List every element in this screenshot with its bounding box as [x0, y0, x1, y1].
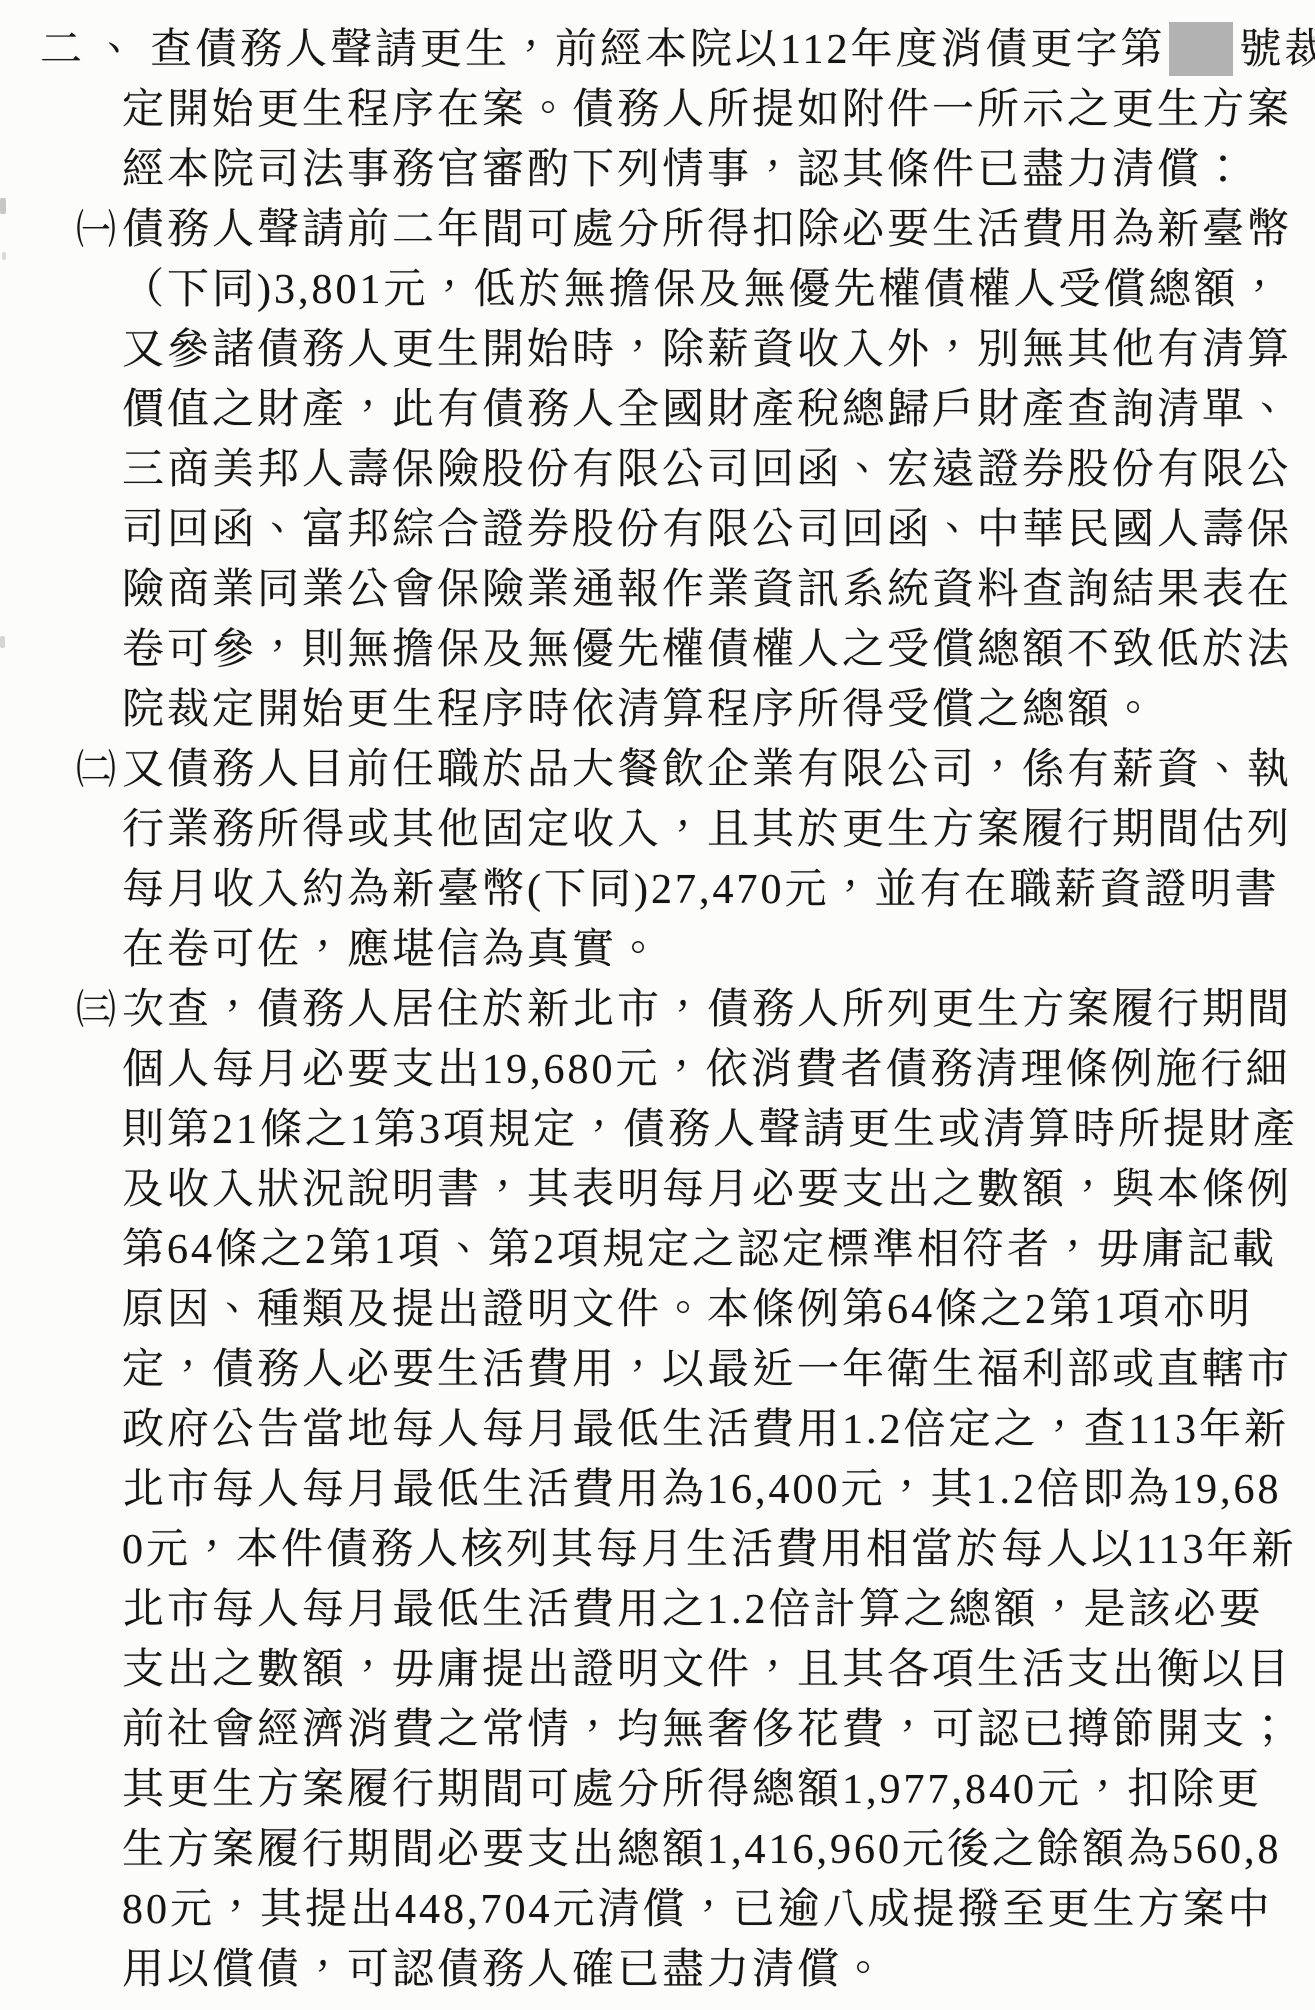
section-number-marker: 二、: [40, 27, 148, 73]
line-text: 支出之數額，毋庸提出證明文件，且其各項生活支出衡以目: [122, 1647, 1292, 1693]
text-line: 前社會經濟消費之常情，均無奢侈花費，可認已撙節開支；: [122, 1700, 1315, 1760]
text-line: 則第21條之1第3項規定，債務人聲請更生或清算時所提財產: [122, 1100, 1315, 1160]
line-text: 三商美邦人壽保險股份有限公司回函、宏遠證券股份有限公: [122, 447, 1292, 493]
line-text: 經本院司法事務官審酌下列情事，認其條件已盡力清償：: [122, 147, 1247, 193]
line-text: 每月收入約為新臺幣(下同)27,470元，並有在職薪資證明書: [122, 867, 1279, 913]
text-line: 價值之財產，此有債務人全國財產稅總歸戶財產查詢清單、: [122, 380, 1315, 440]
line-text: 則第21條之1第3項規定，債務人聲請更生或清算時所提財產: [122, 1107, 1298, 1153]
text-line: 原因、種類及提出證明文件。本條例第64條之2第1項亦明: [122, 1280, 1315, 1340]
line-text: 債務人聲請前二年間可處分所得扣除必要生活費用為新臺幣: [122, 207, 1292, 253]
text-line: ㈠債務人聲請前二年間可處分所得扣除必要生活費用為新臺幣: [122, 200, 1315, 260]
text-line: 0元，本件債務人核列其每月生活費用相當於每人以113年新: [122, 1520, 1315, 1580]
line-text: 北市每人每月最低生活費用為16,400元，其1.2倍即為19,68: [122, 1467, 1282, 1513]
line-text: 價值之財產，此有債務人全國財產稅總歸戶財產查詢清單、: [122, 387, 1292, 433]
sub-item-marker: ㈡: [76, 740, 116, 800]
sub-item-marker: ㈢: [76, 980, 116, 1040]
line-text: 又參諸債務人更生開始時，除薪資收入外，別無其他有清算: [122, 327, 1292, 373]
line-text: 其更生方案履行期間可處分所得總額1,977,840元，扣除更: [122, 1767, 1262, 1813]
text-line: ㈡又債務人目前任職於品大餐飲企業有限公司，係有薪資、執: [122, 740, 1315, 800]
line-text: 定開始更生程序在案。債務人所提如附件一所示之更生方案: [122, 87, 1292, 133]
line-text: 第64條之2第1項、第2項規定之認定標準相符者，毋庸記載: [122, 1227, 1277, 1273]
text-line: 三商美邦人壽保險股份有限公司回函、宏遠證券股份有限公: [122, 440, 1315, 500]
line-text: 80元，其提出448,704元清償，已逾八成提撥至更生方案中: [122, 1887, 1273, 1933]
line-text: 院裁定開始更生程序時依清算程序所得受償之總額。: [122, 687, 1157, 733]
line-text: 生方案履行期間必要支出總額1,416,960元後之餘額為560,8: [122, 1827, 1282, 1873]
text-line: 院裁定開始更生程序時依清算程序所得受償之總額。: [122, 680, 1315, 740]
text-line: 每月收入約為新臺幣(下同)27,470元，並有在職薪資證明書: [122, 860, 1315, 920]
scanned-court-document-page: 二、查債務人聲請更生，前經本院以112年度消債更字第號裁定開始更生程序在案。債務…: [0, 0, 1315, 2010]
line-text: 次查，債務人居住於新北市，債務人所列更生方案履行期間: [122, 987, 1292, 1033]
text-line: 個人每月必要支出19,680元，依消費者債務清理條例施行細: [122, 1040, 1315, 1100]
line-text: 查債務人聲請更生，前經本院以112年度消債更字第: [150, 27, 1165, 73]
line-text: 司回函、富邦綜合證券股份有限公司回函、中華民國人壽保: [122, 507, 1292, 553]
line-text: 北市每人每月最低生活費用之1.2倍計算之總額，是該必要: [122, 1587, 1264, 1633]
text-line: ㈢次查，債務人居住於新北市，債務人所列更生方案履行期間: [122, 980, 1315, 1040]
line-text: 政府公告當地每人每月最低生活費用1.2倍定之，查113年新: [122, 1407, 1289, 1453]
text-line: 定開始更生程序在案。債務人所提如附件一所示之更生方案: [122, 80, 1315, 140]
text-line: 險商業同業公會保險業通報作業資訊系統資料查詢結果表在: [122, 560, 1315, 620]
text-line: 北市每人每月最低生活費用之1.2倍計算之總額，是該必要: [122, 1580, 1315, 1640]
line-text: 及收入狀況說明書，其表明每月必要支出之數額，與本條例: [122, 1167, 1292, 1213]
text-line: 及收入狀況說明書，其表明每月必要支出之數額，與本條例: [122, 1160, 1315, 1220]
line-text: 卷可參，則無擔保及無優先權債權人之受償總額不致低於法: [122, 627, 1292, 673]
text-line: 用以償債，可認債務人確已盡力清償。: [122, 1940, 1315, 2000]
line-text-after-redaction: 號裁: [1239, 27, 1315, 73]
line-text: 定，債務人必要生活費用，以最近一年衛生福利部或直轄市: [122, 1347, 1292, 1393]
text-line: 北市每人每月最低生活費用為16,400元，其1.2倍即為19,68: [122, 1460, 1315, 1520]
text-line: 支出之數額，毋庸提出證明文件，且其各項生活支出衡以目: [122, 1640, 1315, 1700]
line-text: 前社會經濟消費之常情，均無奢侈花費，可認已撙節開支；: [122, 1707, 1292, 1753]
text-line: 卷可參，則無擔保及無優先權債權人之受償總額不致低於法: [122, 620, 1315, 680]
line-text: （下同)3,801元，低於無擔保及無優先權債權人受償總額，: [122, 267, 1284, 313]
text-line: 定，債務人必要生活費用，以最近一年衛生福利部或直轄市: [122, 1340, 1315, 1400]
text-line: 生方案履行期間必要支出總額1,416,960元後之餘額為560,8: [122, 1820, 1315, 1880]
text-line: 政府公告當地每人每月最低生活費用1.2倍定之，查113年新: [122, 1400, 1315, 1460]
text-line: 又參諸債務人更生開始時，除薪資收入外，別無其他有清算: [122, 320, 1315, 380]
text-line: 在卷可佐，應堪信為真實。: [122, 920, 1315, 980]
text-line: 其更生方案履行期間可處分所得總額1,977,840元，扣除更: [122, 1760, 1315, 1820]
text-line: 第64條之2第1項、第2項規定之認定標準相符者，毋庸記載: [122, 1220, 1315, 1280]
redaction-box: [1169, 22, 1233, 76]
line-text: 原因、種類及提出證明文件。本條例第64條之2第1項亦明: [122, 1287, 1253, 1333]
document-body: 二、查債務人聲請更生，前經本院以112年度消債更字第號裁定開始更生程序在案。債務…: [0, 0, 1315, 2000]
line-text: 行業務所得或其他固定收入，且其於更生方案履行期間估列: [122, 807, 1292, 853]
line-text: 在卷可佐，應堪信為真實。: [122, 927, 662, 973]
line-text: 0元，本件債務人核列其每月生活費用相當於每人以113年新: [122, 1527, 1296, 1573]
line-text: 險商業同業公會保險業通報作業資訊系統資料查詢結果表在: [122, 567, 1292, 613]
sub-item-marker: ㈠: [76, 200, 116, 260]
text-line: 經本院司法事務官審酌下列情事，認其條件已盡力清償：: [122, 140, 1315, 200]
line-text: 用以償債，可認債務人確已盡力清償。: [122, 1947, 887, 1993]
text-line: 行業務所得或其他固定收入，且其於更生方案履行期間估列: [122, 800, 1315, 860]
text-line: 二、查債務人聲請更生，前經本院以112年度消債更字第號裁: [40, 20, 1315, 80]
text-line: 80元，其提出448,704元清償，已逾八成提撥至更生方案中: [122, 1880, 1315, 1940]
line-text: 個人每月必要支出19,680元，依消費者債務清理條例施行細: [122, 1047, 1291, 1093]
line-text: 又債務人目前任職於品大餐飲企業有限公司，係有薪資、執: [122, 747, 1292, 793]
text-line: （下同)3,801元，低於無擔保及無優先權債權人受償總額，: [122, 260, 1315, 320]
text-line: 司回函、富邦綜合證券股份有限公司回函、中華民國人壽保: [122, 500, 1315, 560]
